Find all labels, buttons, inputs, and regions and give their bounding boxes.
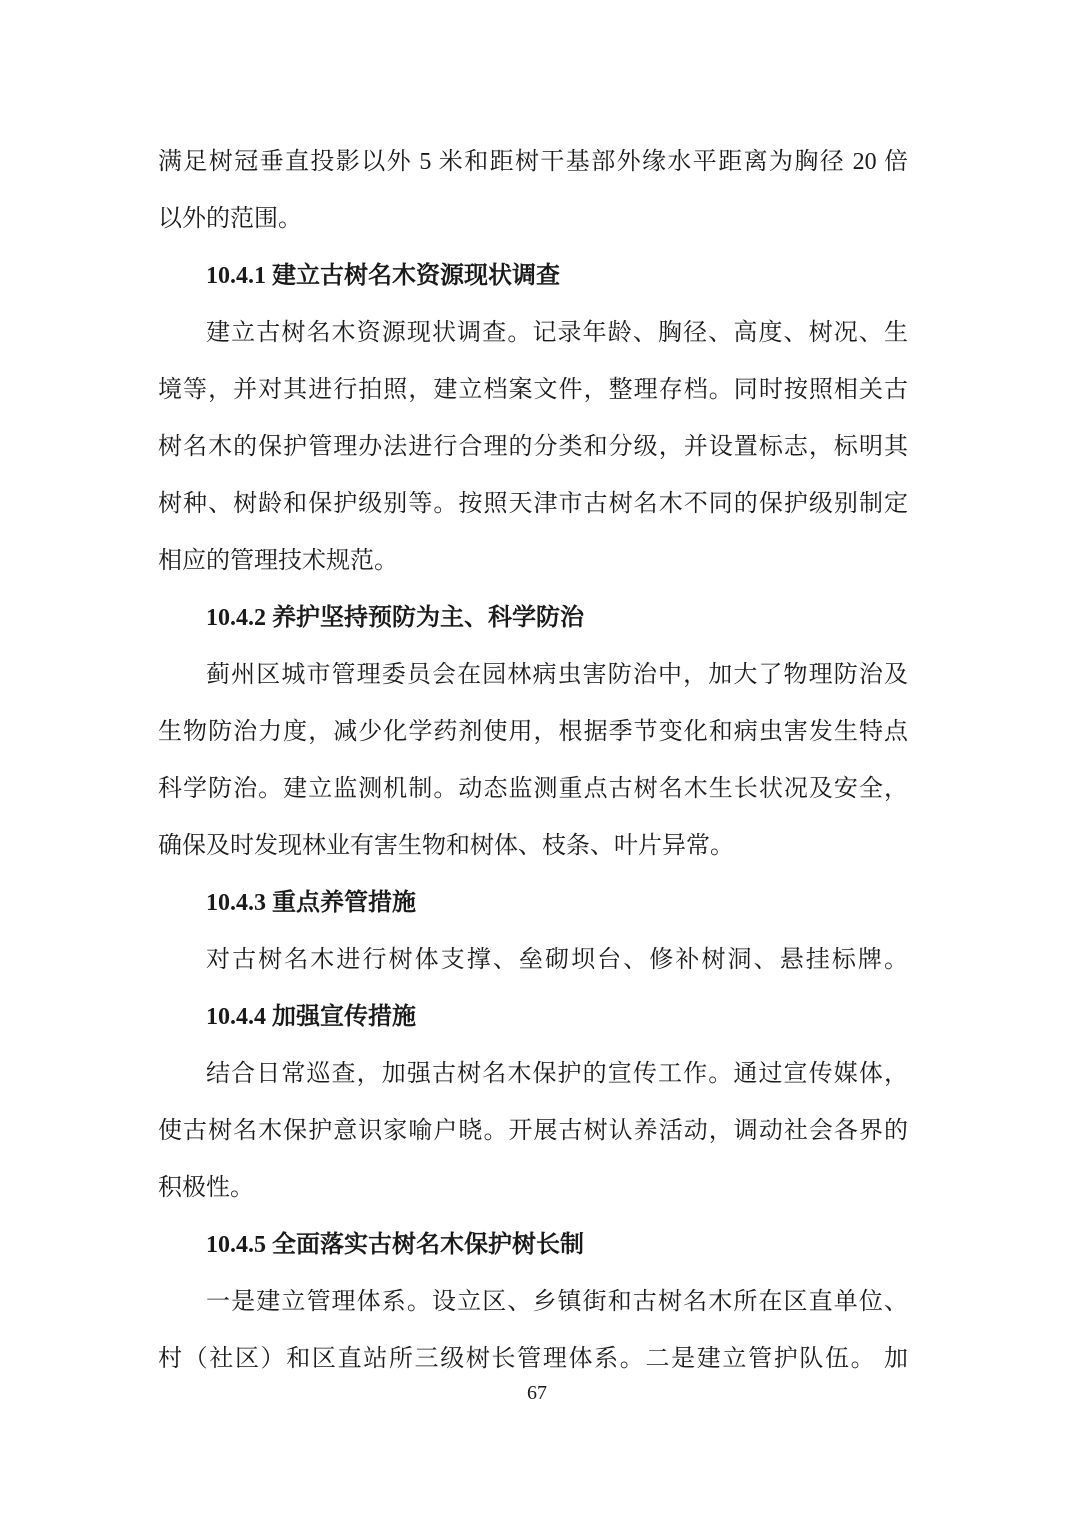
para-line: 确保及时发现林业有害生物和树体、枝条、叶片异常。 xyxy=(158,818,908,875)
text-column: 满足树冠垂直投影以外 5 米和距树干基部外缘水平距离为胸径 20 倍 以外的范围… xyxy=(158,134,908,1388)
para-line: 生物防治力度，减少化学药剂使用，根据季节变化和病虫害发生特点 xyxy=(158,704,908,761)
para-line: 积极性。 xyxy=(158,1160,908,1217)
para-line: 树种、树龄和保护级别等。按照天津市古树名木不同的保护级别制定 xyxy=(158,476,908,533)
page-number: 67 xyxy=(0,1378,1074,1408)
para-line: 满足树冠垂直投影以外 5 米和距树干基部外缘水平距离为胸径 20 倍 xyxy=(158,134,908,191)
para-line: 境等，并对其进行拍照，建立档案文件，整理存档。同时按照相关古 xyxy=(158,362,908,419)
para-line: 树名木的保护管理办法进行合理的分类和分级，并设置标志，标明其 xyxy=(158,419,908,476)
para-line: 科学防治。建立监测机制。动态监测重点古树名木生长状况及安全， xyxy=(158,761,908,818)
heading-10-4-3: 10.4.3 重点养管措施 xyxy=(158,875,908,932)
para-line: 使古树名木保护意识家喻户晓。开展古树认养活动，调动社会各界的 xyxy=(158,1103,908,1160)
heading-10-4-1: 10.4.1 建立古树名木资源现状调查 xyxy=(158,248,908,305)
heading-10-4-4: 10.4.4 加强宣传措施 xyxy=(158,989,908,1046)
para-line: 蓟州区城市管理委员会在园林病虫害防治中，加大了物理防治及 xyxy=(158,647,908,704)
heading-10-4-5: 10.4.5 全面落实古树名木保护树长制 xyxy=(158,1217,908,1274)
para-line: 一是建立管理体系。设立区、乡镇街和古树名木所在区直单位、 xyxy=(158,1274,908,1331)
para-line: 相应的管理技术规范。 xyxy=(158,533,908,590)
para-line: 以外的范围。 xyxy=(158,191,908,248)
para-line: 结合日常巡查，加强古树名木保护的宣传工作。通过宣传媒体， xyxy=(158,1046,908,1103)
heading-10-4-2: 10.4.2 养护坚持预防为主、科学防治 xyxy=(158,590,908,647)
document-page: 满足树冠垂直投影以外 5 米和距树干基部外缘水平距离为胸径 20 倍 以外的范围… xyxy=(0,0,1074,1520)
para-line: 建立古树名木资源现状调查。记录年龄、胸径、高度、树况、生 xyxy=(158,305,908,362)
para-line: 对古树名木进行树体支撑、垒砌坝台、修补树洞、悬挂标牌。 xyxy=(158,932,908,989)
